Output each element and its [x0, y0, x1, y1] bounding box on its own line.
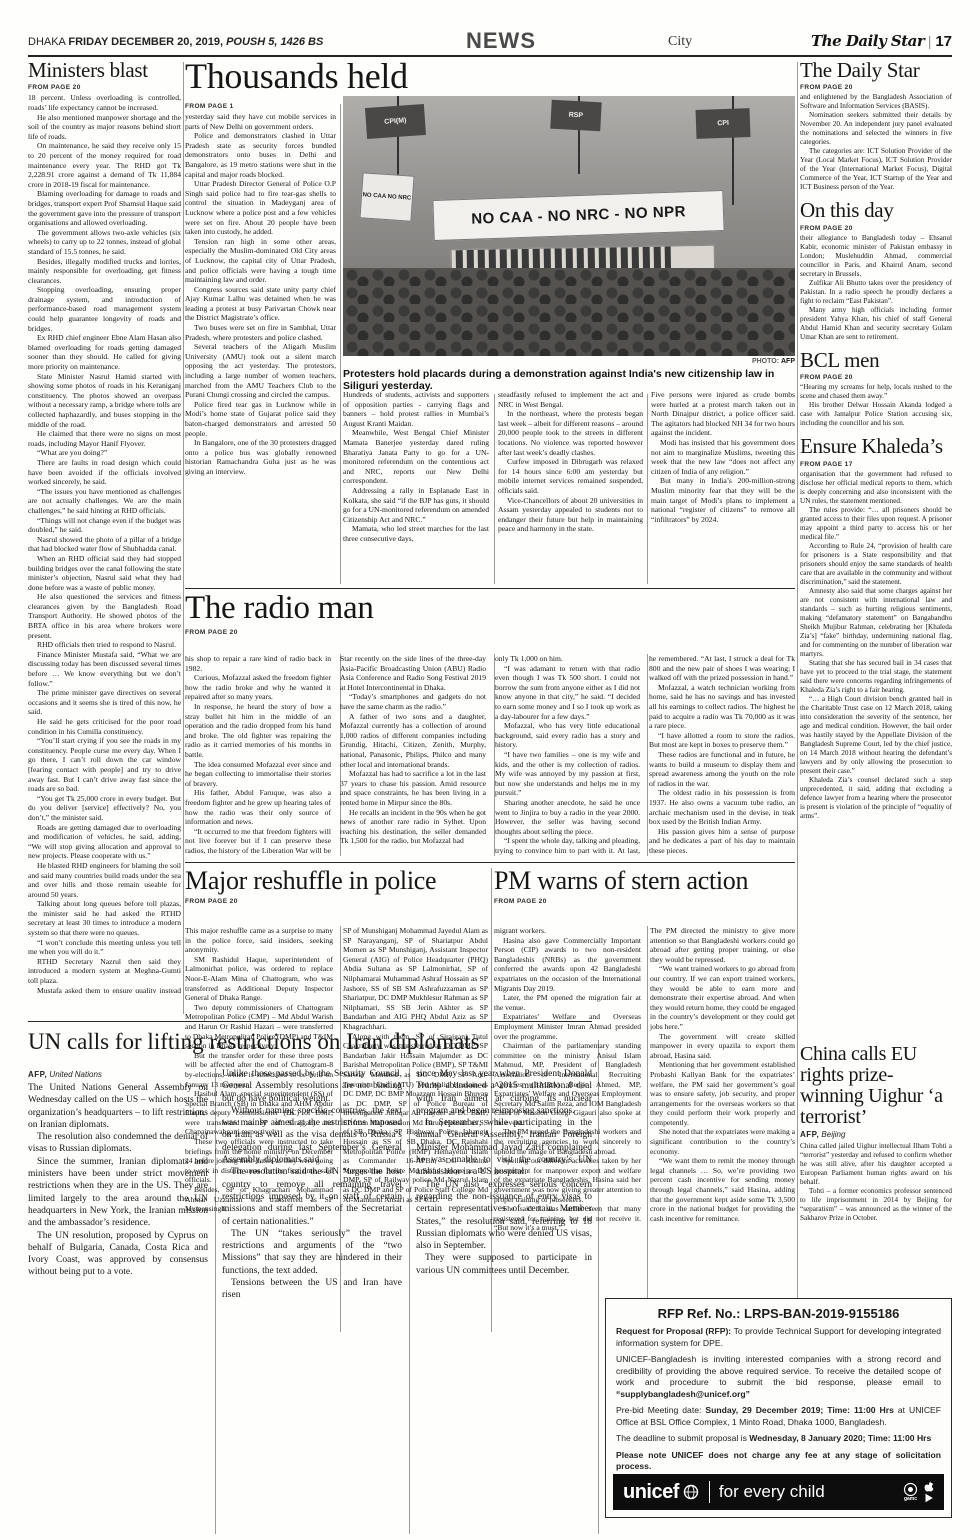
paragraph: 18 percent. Unless overloading is contro…	[28, 93, 181, 112]
paragraph: Mustafa asked them to ensure quality ins…	[28, 986, 181, 994]
headline: BCL men	[800, 350, 952, 371]
paragraph: Mentioning that her government establish…	[650, 1060, 795, 1127]
article-un-calls: UN calls for lifting restrictions on Ira…	[28, 1030, 592, 1538]
paragraph: But many in India’s 200-million-strong M…	[651, 476, 795, 524]
paragraph: Congress sources said state unity party …	[185, 285, 336, 323]
from-page-note: FROM PAGE 20	[494, 898, 795, 905]
dateline-bengali-date: POUSH 5, 1426 BS	[226, 36, 323, 48]
section-rule	[185, 862, 795, 863]
paragraph: Curious, Mofazzal asked the freedom figh…	[185, 673, 331, 702]
masthead-title: The Daily Star	[811, 32, 924, 50]
paragraph: The government allows two-axle vehicles …	[28, 228, 181, 257]
paragraph: “You get Tk 25,000 crore in every budget…	[28, 794, 181, 823]
dateline: DHAKA FRIDAY DECEMBER 20, 2019, POUSH 5,…	[28, 36, 323, 48]
text-run: Sunday, 29 December 2019; Time: 11:00 Hr…	[705, 1405, 893, 1415]
paragraph: steadfastly refused to implement the act…	[498, 390, 643, 409]
section-rule	[185, 588, 795, 589]
text-run: Pre-bid Meeting date:	[616, 1405, 705, 1415]
paragraph: In the northeast, where the protests beg…	[498, 409, 643, 457]
article-on-this-day: On this day FROM PAGE 20 their allegianc…	[800, 200, 952, 341]
paragraph: He also questioned the services and fitn…	[28, 592, 181, 640]
from-page-note: FROM PAGE 20	[800, 225, 952, 232]
protest-placard: NO CAA NO NRC	[360, 172, 415, 222]
paragraph: “I was adamant to return with that radio…	[495, 664, 640, 722]
headline: Major reshuffle in police	[185, 868, 488, 895]
article-column: and enlightened by the Bangladesh Associ…	[800, 93, 952, 192]
paragraph: he remembered. “At last, I struck a deal…	[649, 654, 795, 683]
paragraph: He claimed that there were no signs on m…	[28, 429, 181, 448]
paragraph: The government will create skilled manpo…	[650, 1032, 795, 1061]
paragraph: Sharing another anecdote, he said he onc…	[495, 798, 640, 836]
paragraph: Amnesty also said that some charges agai…	[800, 587, 952, 659]
article-column: “Hearing my screams for help, locals rus…	[800, 383, 952, 428]
ad-paragraph: The deadline to submit proposal is Wedne…	[616, 1433, 941, 1445]
paragraph: Tensions between the US and Iran have ri…	[222, 1277, 402, 1302]
paragraph: “… a High Court division bench granted b…	[800, 695, 952, 776]
paragraph: “The issues you have mentioned as challe…	[28, 487, 181, 516]
paragraph: According to Rule 24, “provision of heal…	[800, 542, 952, 587]
photo-credit-agency: AFP	[781, 358, 795, 365]
paragraph: Hundreds of students, activists and supp…	[343, 390, 489, 428]
column-text: yesterday said they have cut mobile serv…	[185, 112, 336, 580]
article-column: China called jailed Uighur intellectual …	[800, 1142, 952, 1223]
paragraph: Mofazzal, a watch technician working fro…	[649, 683, 795, 731]
headline: Thousands held	[185, 58, 795, 95]
paragraph: “I have two families – one is my wife an…	[495, 750, 640, 798]
paragraph: Without naming specific countries, the t…	[222, 1105, 402, 1166]
paragraph: He said he gets criticised for the poor …	[28, 717, 181, 736]
paragraph: The categories are: ICT Solution Provide…	[800, 147, 952, 192]
paragraph: Ex RHD chief engineer Ebne Alam Hasan al…	[28, 333, 181, 371]
from-page-note: FROM PAGE 20	[185, 898, 488, 905]
article-column: Five persons were injured as crude bombs…	[651, 390, 795, 582]
party-flag: CPI	[695, 108, 750, 138]
paragraph: “I spent the whole day, talking and plea…	[495, 836, 640, 856]
crowd	[343, 268, 795, 356]
article-ensure-khaledas: Ensure Khaleda’s FROM PAGE 17 organisati…	[800, 436, 952, 820]
paragraph: Modi has insisted that his government do…	[651, 438, 795, 476]
paragraph: “Today’s smartphones and gadgets do not …	[340, 692, 486, 711]
article-column: their allegiance to Bangladesh today – E…	[800, 234, 952, 342]
paragraph: Besides, illegally modified trucks and l…	[28, 257, 181, 286]
paragraph: The oldest radio in his possession is fr…	[649, 788, 795, 826]
paragraph: The UN also “expresses serious concern r…	[416, 1179, 592, 1253]
paragraph: Unlike those passed by the Security Coun…	[222, 1068, 402, 1105]
paragraph: organisation that the government had ref…	[800, 470, 952, 506]
ad-title: RFP Ref. No.: LRPS-BAN-2019-9155186	[616, 1306, 941, 1321]
party-flag: CPI(M)	[365, 104, 426, 139]
article-column: The PM directed the ministry to give mor…	[650, 926, 795, 1332]
paragraph: His passion gives him a sense of purpose…	[649, 827, 795, 856]
paragraph: Police fired tear gas in Lucknow while i…	[185, 400, 336, 438]
paragraph: She noted that the expatriates were maki…	[650, 1127, 795, 1156]
unicef-logo-bar: unicef for every child gamc	[613, 1474, 944, 1510]
byline-place: Beijing	[819, 1130, 845, 1139]
paragraph: “We want trained workers to go abroad fr…	[650, 964, 795, 1031]
from-page-note: FROM PAGE 20	[800, 84, 952, 91]
text-run: Please note UNICEF does not charge any f…	[616, 1450, 941, 1472]
paragraph: Vice-Chancellors of about 20 universitie…	[498, 496, 643, 534]
paragraph: Stopping overloading, ensuring proper dr…	[28, 285, 181, 333]
paragraph: “You’ll start crying if you see the road…	[28, 736, 181, 794]
paragraph: Roads are getting damaged due to overloa…	[28, 823, 181, 861]
paragraph: his shop to repair a rare kind of radio …	[185, 654, 331, 673]
paragraph: “What are you doing?”	[28, 448, 181, 458]
paragraph: “It occurred to me that freedom fighters…	[185, 827, 331, 856]
unicef-rfp-ad: RFP Ref. No.: LRPS-BAN-2019-9155186 Requ…	[605, 1298, 952, 1518]
store-badges	[924, 1481, 934, 1503]
article-column: he remembered. “At last, I struck a deal…	[649, 654, 795, 856]
paragraph: In response, he heard the story of how a…	[185, 702, 331, 760]
from-page-note: FROM PAGE 1	[185, 103, 336, 110]
ad-paragraph: Please note UNICEF does not charge any f…	[616, 1450, 941, 1473]
headline: UN calls for lifting restrictions on Ira…	[28, 1030, 592, 1053]
paragraph: Nasrul showed the photo of a pillar of a…	[28, 535, 181, 554]
article-column: organisation that the government had ref…	[800, 470, 952, 821]
article-china-calls: China calls EU rights prize-winning Uigh…	[800, 1040, 952, 1223]
party-flag: RSP	[550, 100, 601, 131]
paragraph: RTHD Secretary Nazrul then said they int…	[28, 957, 181, 986]
page-number: 17	[935, 33, 952, 50]
ad-paragraph: UNICEF-Bangladesh is inviting interested…	[616, 1354, 941, 1400]
article-column: Star recently on the side lines of the t…	[340, 654, 486, 856]
paragraph: Mofazzal, who has very little educationa…	[495, 721, 640, 750]
byline-agency: AFP,	[28, 1070, 47, 1079]
headline: The radio man	[185, 592, 795, 626]
paragraph: The United Nations General Assembly on W…	[28, 1082, 208, 1131]
text-run: “supplybangladesh@unicef.org”	[616, 1389, 750, 1399]
paragraph: The resolution also condemned the denial…	[28, 1131, 208, 1156]
paragraph: Later, the PM opened the migration fair …	[494, 993, 641, 1012]
paragraph: Tension ran high in some other areas, es…	[185, 237, 336, 285]
ad-paragraph: Request for Proposal (RFP): To provide T…	[616, 1326, 941, 1349]
byline: AFP, Beijing	[800, 1130, 952, 1139]
unicef-wordmark: unicef	[623, 1481, 679, 1504]
headline: PM warns of stern action	[494, 868, 795, 895]
article-column: AFP, United Nations The United Nations G…	[28, 1068, 208, 1534]
text-run: Request for Proposal (RFP):	[616, 1326, 734, 1336]
article-radio-man: The radio man FROM PAGE 20 his shop to r…	[185, 592, 795, 860]
paragraph: When an RHD official said they had stopp…	[28, 554, 181, 592]
article-column: Hundreds of students, activists and supp…	[343, 390, 489, 582]
unicef-tagline: for every child	[719, 1482, 825, 1502]
paragraph: SM Rashidul Haque, superintendent of Lal…	[185, 955, 333, 1003]
article-ministers-blast: Ministers blast FROM PAGE 20 18 percent.…	[28, 60, 181, 1014]
photo-credit: PHOTO: AFP	[752, 358, 795, 365]
byline-agency: AFP,	[800, 1130, 819, 1139]
paragraph: “I have allotted a room to store the rad…	[649, 731, 795, 750]
paragraph: The idea consumed Mofazzal ever since an…	[185, 760, 331, 789]
photo-credit-label: PHOTO:	[752, 358, 779, 365]
emblem-label: gamc	[904, 1497, 917, 1502]
paragraph: Zulfikar Ali Bhutto takes over the presi…	[800, 279, 952, 306]
from-page-note: FROM PAGE 20	[28, 84, 181, 91]
headline: Ministers blast	[28, 60, 181, 81]
paragraph: Mofazzal has had to sacrifice a lot in t…	[340, 769, 486, 807]
paragraph: China called jailed Uighur intellectual …	[800, 1142, 952, 1187]
dateline-date: FRIDAY DECEMBER 20, 2019,	[68, 36, 226, 48]
paragraph: Blaming overloading for damage to roads …	[28, 189, 181, 227]
byline: AFP, United Nations	[28, 1070, 208, 1079]
paragraph: Stating that she has secured bail in 34 …	[800, 659, 952, 695]
ad-paragraph: Pre-bid Meeting date: Sunday, 29 Decembe…	[616, 1405, 941, 1428]
headline: On this day	[800, 200, 952, 221]
paragraph: yesterday said they have cut mobile serv…	[185, 112, 336, 131]
from-page-note: FROM PAGE 20	[185, 629, 795, 636]
paragraph: “I won’t conclude this meeting unless yo…	[28, 938, 181, 957]
paragraph: He recalls an incident in the 90s when h…	[340, 808, 486, 846]
paragraph: Five persons were injured as crude bombs…	[651, 390, 795, 438]
paragraph: Tohti – a former economics professor sen…	[800, 1187, 952, 1223]
masthead-separator: |	[924, 34, 935, 50]
logo-divider	[709, 1481, 710, 1503]
paragraph: and enlightened by the Bangladesh Associ…	[800, 93, 952, 111]
paragraph: These radios are functional and in futur…	[649, 750, 795, 788]
paragraph: Curfew imposed in Dibrugarh was relaxed …	[498, 457, 643, 495]
apple-icon	[924, 1481, 934, 1492]
paragraph: Hasina also gave Commercially Important …	[494, 936, 641, 994]
paragraph: Finance Minister Mustafa said, “What we …	[28, 650, 181, 688]
paragraph: Meanwhile, West Bengal Chief Minister Ma…	[343, 428, 489, 486]
paragraph: They were supposed to participate in var…	[416, 1252, 592, 1277]
paragraph: Talking about long queues before toll pl…	[28, 899, 181, 937]
article-column: Unlike those passed by the Security Coun…	[222, 1068, 402, 1534]
paragraph: Several teachers of the Aligarh Muslim U…	[185, 342, 336, 400]
paragraph: He also mentioned manpower shortage and …	[28, 113, 181, 142]
ad-badges: gamc	[903, 1481, 934, 1503]
paragraph: The UN “takes seriously” the travel rest…	[222, 1228, 402, 1277]
text-run: UNICEF-Bangladesh is inviting interested…	[616, 1354, 941, 1387]
paragraph: their allegiance to Bangladesh today – E…	[800, 234, 952, 279]
paragraph: Uttar Pradesh Director General of Police…	[185, 179, 336, 237]
paragraph: The UN resolution, proposed by Cyprus on…	[28, 1230, 208, 1279]
paragraph: In September, while participating in the…	[416, 1117, 592, 1178]
subsection-label: City	[668, 34, 692, 50]
dateline-city: DHAKA	[28, 36, 68, 48]
article-column: FROM PAGE 1 yesterday said they have cut…	[185, 100, 336, 584]
article-bcl-men: BCL men FROM PAGE 20 “Hearing my screams…	[800, 350, 952, 428]
page-header: DHAKA FRIDAY DECEMBER 20, 2019, POUSH 5,…	[28, 30, 952, 58]
paragraph: Addressing a rally in Esplanade East in …	[343, 486, 489, 524]
article-thousands-held: Thousands held FROM PAGE 1 yesterday sai…	[185, 58, 795, 586]
text-run: The deadline to submit proposal is	[616, 1433, 749, 1443]
article-daily-star-awards: The Daily Star FROM PAGE 20 and enlighte…	[800, 60, 952, 192]
header-rule	[28, 55, 952, 57]
photo-caption: Protesters hold placards during a demons…	[343, 368, 795, 392]
paragraph: Mamata, who led street marches for the l…	[343, 524, 489, 543]
from-page-note: FROM PAGE 20	[800, 374, 952, 381]
paragraph: The rules provide: “… all prisoners shou…	[800, 506, 952, 542]
column-text: The United Nations General Assembly on W…	[28, 1082, 208, 1522]
article-column: since May last year when President Donal…	[416, 1068, 592, 1534]
paragraph: only Tk 1,000 on him.	[495, 654, 640, 664]
paragraph: State Minister Nasrul Hamid started with…	[28, 372, 181, 430]
text-run: Wednesday, 8 January 2020; Time: 11:00 H…	[749, 1433, 931, 1443]
paragraph: Many army high officials including forme…	[800, 306, 952, 342]
article-column: only Tk 1,000 on him.“I was adamant to r…	[495, 654, 640, 856]
paragraph: The PM directed the ministry to give mor…	[650, 926, 795, 964]
paragraph: There are faults in road design which co…	[28, 458, 181, 487]
paragraph: Two buses were set on fire in Sambhal, U…	[185, 323, 336, 342]
article-column: his shop to repair a rare kind of radio …	[185, 654, 331, 856]
paragraph: Nomination seekers submitted their detai…	[800, 111, 952, 147]
paragraph: “We want them to remit the money through…	[650, 1156, 795, 1223]
paragraph: In Bangalore, one of the 30 protesters d…	[185, 438, 336, 476]
paragraph: Police and demonstrators clashed in Utta…	[185, 131, 336, 179]
paragraph: since May last year when President Donal…	[416, 1068, 592, 1117]
paragraph: Khaleda Zia’s counsel declared such a st…	[800, 776, 952, 821]
paragraph: migrant workers.	[494, 926, 641, 936]
paragraph: His brother Delwar Hossain Akanda lodged…	[800, 401, 952, 428]
paragraph: The prime minister gave directives on se…	[28, 688, 181, 717]
paragraph: Since the summer, Iranian diplomats and …	[28, 1156, 208, 1230]
column-divider	[797, 62, 798, 1332]
headline: The Daily Star	[800, 60, 952, 81]
paragraph: “Hearing my screams for help, locals rus…	[800, 383, 952, 401]
protest-banner: NO CAA - NO NRC - NO NPR	[433, 190, 726, 241]
protest-photo: CPI(M) RSP CPI NO CAA NO NRC NO CAA - NO…	[343, 96, 795, 356]
paragraph: On maintenance, he said they receive onl…	[28, 141, 181, 189]
byline-place: United Nations	[47, 1070, 102, 1079]
paragraph: RHD officials then tried to respond to N…	[28, 640, 181, 650]
paragraph: He blasted RHD engineers for blaming the…	[28, 861, 181, 899]
masthead: The Daily Star|17	[811, 32, 952, 51]
right-column: The Daily Star FROM PAGE 20 and enlighte…	[800, 60, 952, 1332]
paragraph: A father of two sons and a daughter, Mof…	[340, 712, 486, 770]
paragraph: His father, Abdul Faruque, was also a fr…	[185, 788, 331, 826]
paragraph: Star recently on the side lines of the t…	[340, 654, 486, 692]
column-divider	[183, 62, 184, 1014]
play-icon	[924, 1493, 934, 1503]
article-column: steadfastly refused to implement the act…	[498, 390, 643, 582]
paragraph: The resolution said the UN “urges the ho…	[222, 1166, 402, 1227]
newspaper-page: DHAKA FRIDAY DECEMBER 20, 2019, POUSH 5,…	[0, 0, 980, 1540]
paragraph: SP of Munshiganj Mohammad Jayedul Alam a…	[343, 926, 488, 1032]
article-column: 18 percent. Unless overloading is contro…	[28, 93, 181, 993]
globe-icon	[683, 1484, 699, 1500]
headline: China calls EU rights prize-winning Uigh…	[800, 1044, 952, 1128]
paragraph: This major reshuffle came as a surprise …	[185, 926, 333, 955]
section-label: NEWS	[458, 28, 544, 54]
emblem-icon: gamc	[903, 1482, 918, 1502]
paragraph: “Things will not change even if the budg…	[28, 516, 181, 535]
headline: Ensure Khaleda’s	[800, 436, 952, 457]
from-page-note: FROM PAGE 17	[800, 461, 952, 468]
